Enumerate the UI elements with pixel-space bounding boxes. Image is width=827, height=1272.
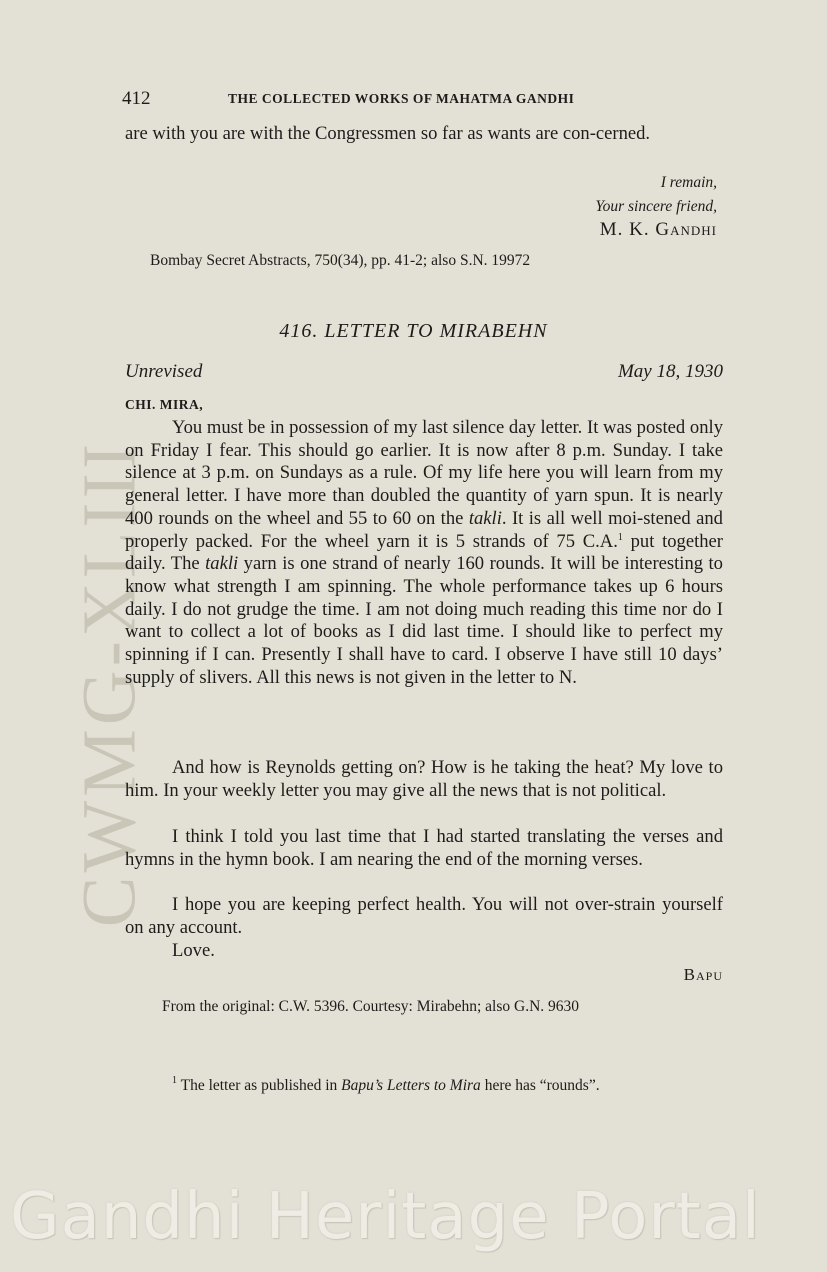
closing-friend: Your sincere friend,: [595, 198, 717, 216]
letter-source: From the original: C.W. 5396. Courtesy: …: [162, 998, 579, 1016]
letter-title: 416. LETTER TO MIRABEHN: [0, 320, 827, 343]
running-title: THE COLLECTED WORKS OF MAHATMA GANDHI: [228, 91, 574, 107]
signature-gandhi: M. K. Gandhi: [600, 219, 717, 241]
previous-letter-continuation: are with you are with the Congressmen so…: [125, 123, 723, 146]
footnote: 1 The letter as published in Bapu’s Lett…: [172, 1077, 600, 1095]
page-number: 412: [122, 88, 151, 110]
portal-watermark: Gandhi Heritage Portal: [10, 1180, 820, 1254]
italic-term: takli: [205, 553, 238, 574]
letter-paragraph-3: I think I told you last time that I had …: [125, 826, 723, 871]
document-page: CWMG-XLIII 412 THE COLLECTED WORKS OF MA…: [0, 0, 827, 1272]
letter-date: May 18, 1930: [125, 361, 723, 384]
footnote-book-title: Bapu’s Letters to Mira: [341, 1077, 481, 1094]
letter-paragraph-4: I hope you are keeping perfect health. Y…: [125, 894, 723, 939]
previous-letter-source: Bombay Secret Abstracts, 750(34), pp. 41…: [150, 252, 530, 270]
closing-remain: I remain,: [661, 174, 717, 192]
footnote-text: here has “rounds”.: [481, 1077, 600, 1094]
letter-paragraph-5: Love.: [125, 940, 723, 963]
italic-term: takli: [469, 508, 502, 529]
signature-bapu: Bapu: [125, 964, 723, 987]
letter-paragraph-1: You must be in possession of my last sil…: [125, 417, 723, 689]
footnote-text: The letter as published in: [177, 1077, 341, 1094]
salutation: CHI. MIRA,: [125, 394, 723, 417]
letter-paragraph-2: And how is Reynolds getting on? How is h…: [125, 757, 723, 802]
